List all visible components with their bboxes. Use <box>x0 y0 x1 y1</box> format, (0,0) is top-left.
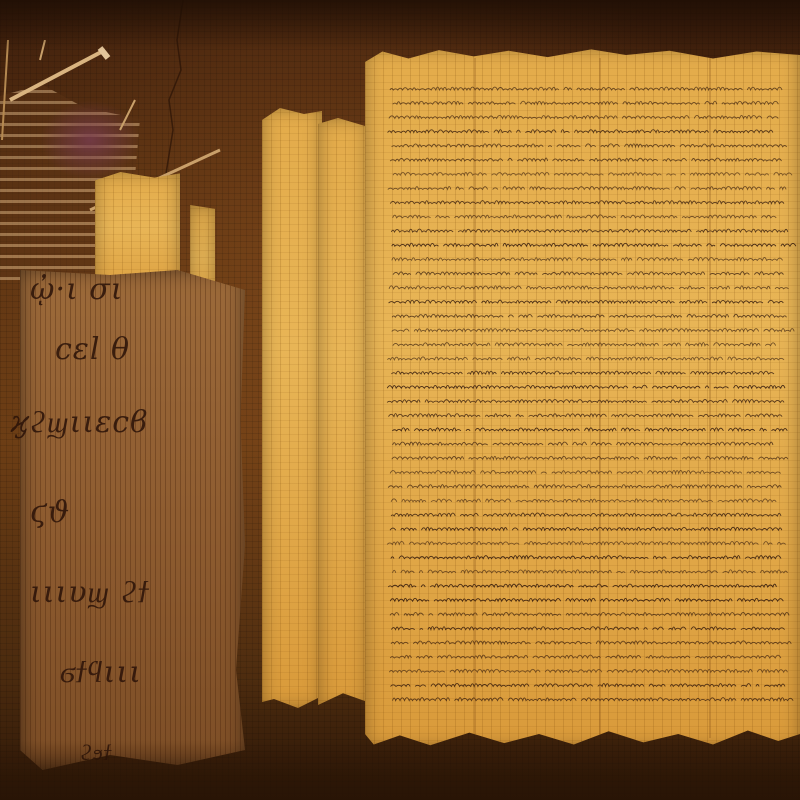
handwriting-line-5: ιιιυϣ ϩϯ <box>30 575 149 610</box>
papyrus-strip-blank-1 <box>262 108 322 708</box>
greek-script-text <box>365 48 800 748</box>
purple-stain <box>40 100 140 180</box>
handwriting-line-1: ᾠ·ι σι <box>30 272 124 307</box>
top-vignette <box>0 0 800 50</box>
main-papyrus-scroll <box>365 48 800 748</box>
handwriting-line-2: ϲεl θ <box>55 332 130 367</box>
handwriting-line-3: ϗϩϣιιεϲϐ <box>10 405 149 440</box>
bottom-vignette <box>0 740 800 800</box>
papyrus-strip-blank-2 <box>318 118 368 708</box>
handwriting-line-6: ϭϯϥιιι <box>60 655 142 690</box>
handwriting-line-4: ϛϑ <box>30 495 70 530</box>
